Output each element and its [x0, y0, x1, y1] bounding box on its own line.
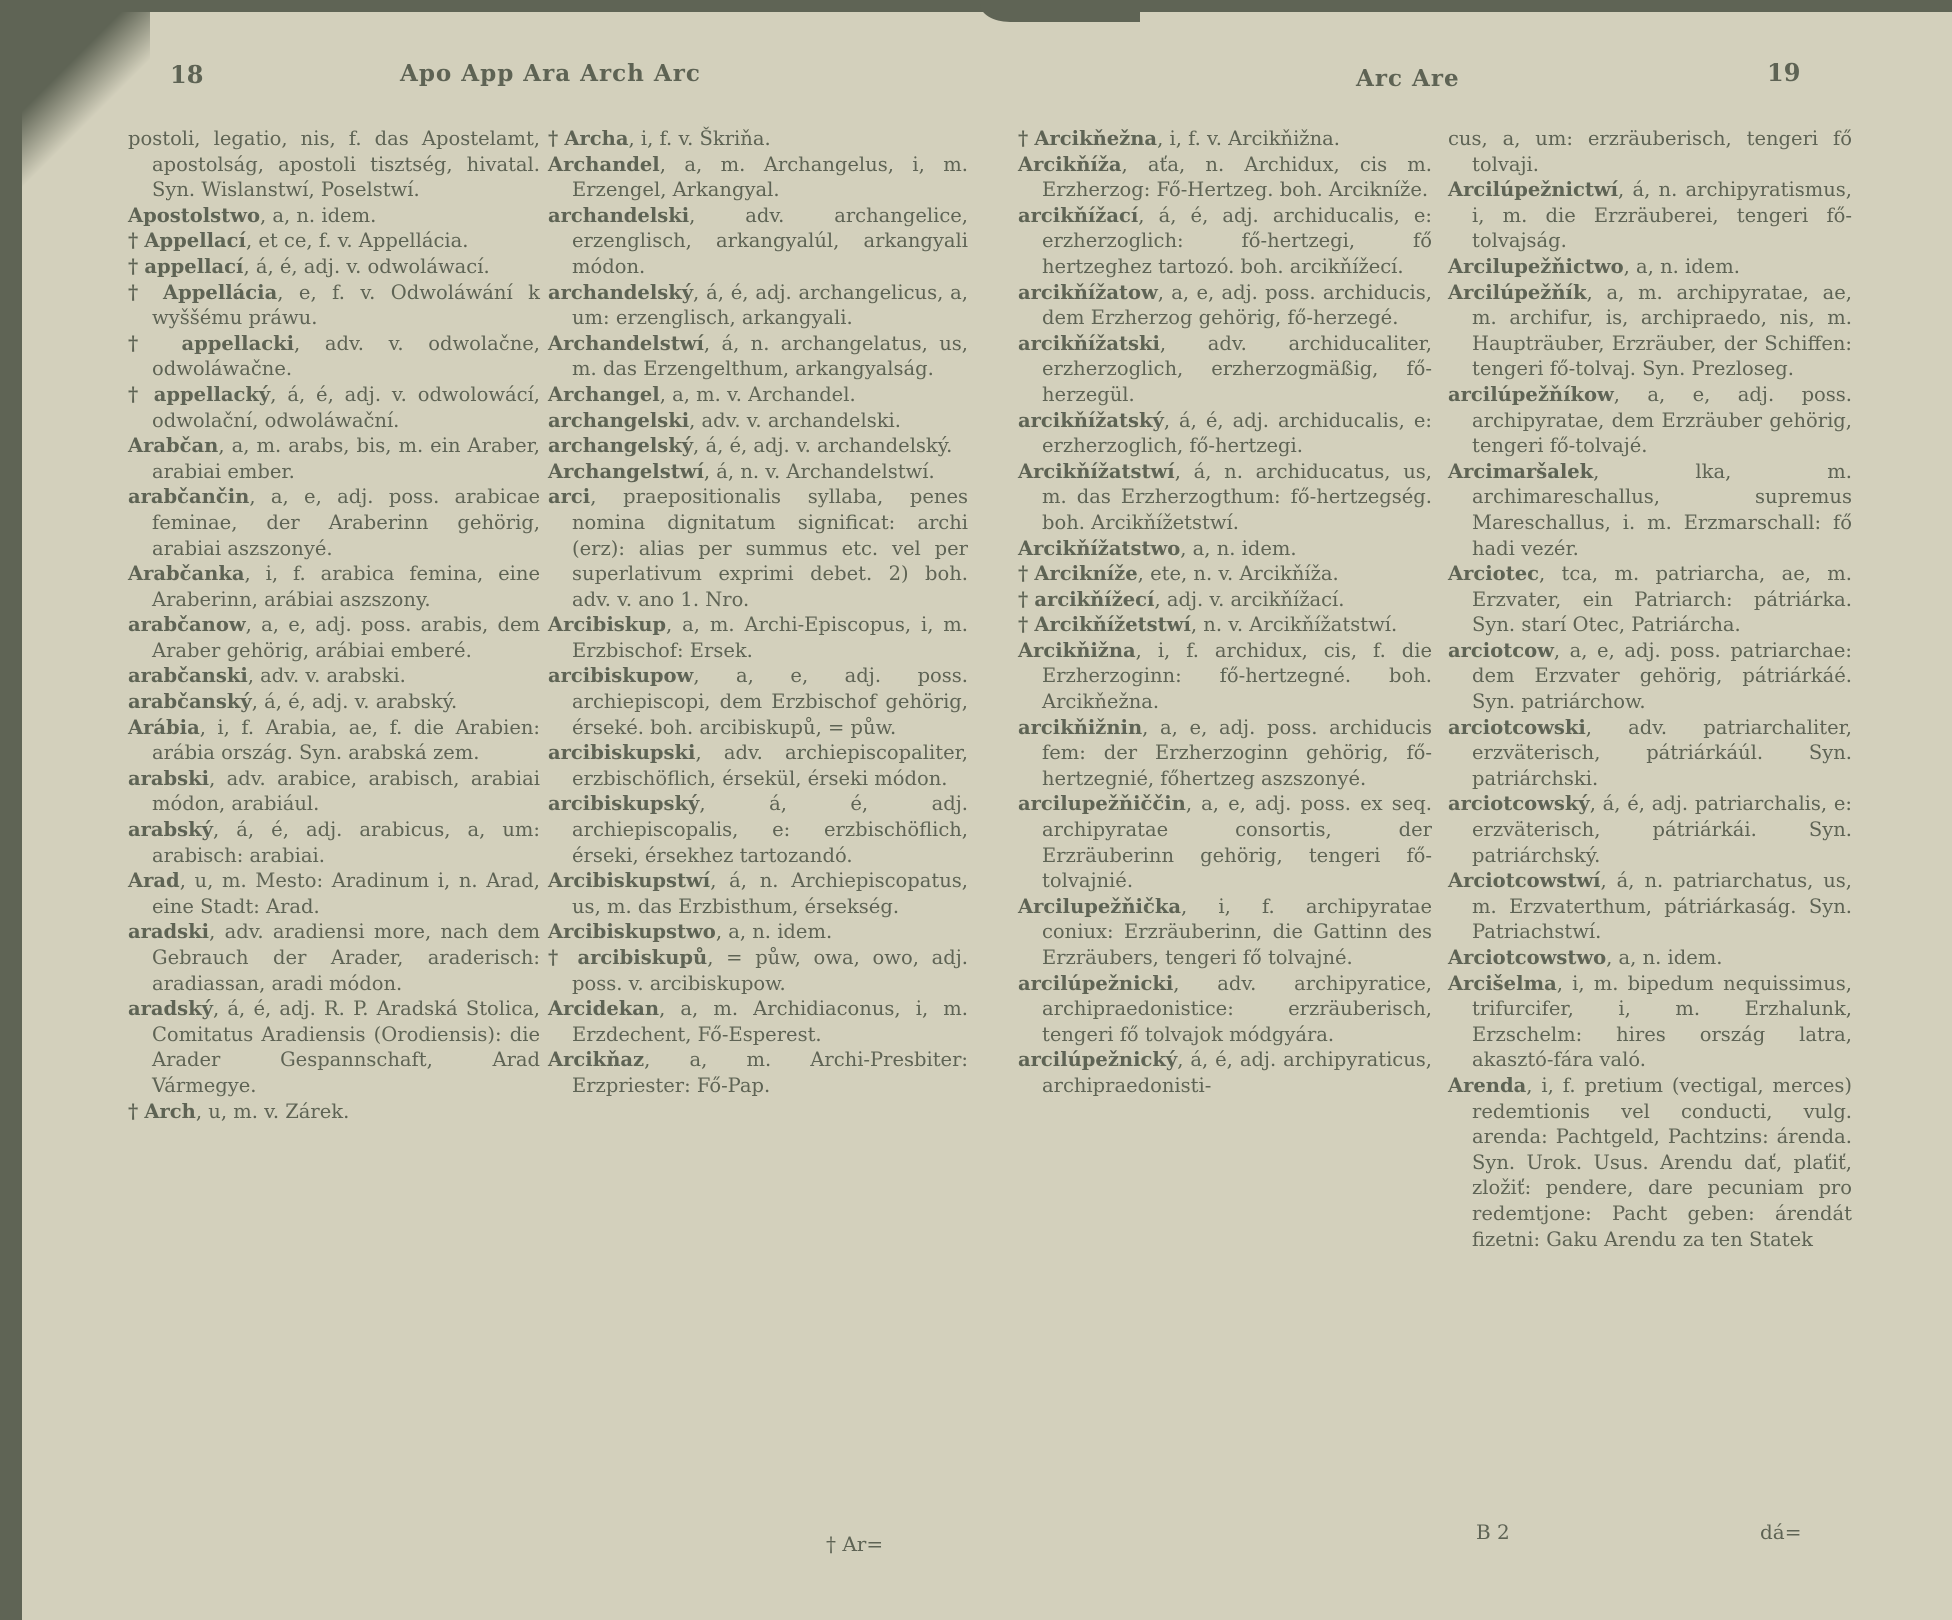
dictionary-entry: arcibiskupski, adv. archiepiscopaliter, …	[548, 740, 968, 791]
dictionary-entry: Arcibiskupstwí, á, n. Archiepiscopatus, …	[548, 868, 968, 919]
definition: , praepositionalis syllaba, penes nomina…	[572, 485, 968, 610]
definition: , adv. aradiensi more, nach dem Gebrauch…	[152, 920, 540, 994]
dictionary-entry: arcikňížatow, a, e, adj. poss. archiduci…	[1018, 280, 1432, 331]
dictionary-entry: arcikňížací, á, é, adj. archiducalis, e:…	[1018, 203, 1432, 280]
dagger-mark: †	[1018, 127, 1028, 150]
definition: , a, n. idem.	[1624, 255, 1740, 278]
dictionary-entry: arciotcow, a, e, adj. poss. patriarchae:…	[1448, 638, 1852, 715]
page-number: 19	[1767, 58, 1800, 87]
dictionary-entry: Arcidekan, a, m. Archidiaconus, i, m. Er…	[548, 996, 968, 1047]
headword: arcilúpežnický	[1018, 1048, 1177, 1071]
dagger-mark: †	[128, 1100, 138, 1123]
dictionary-entry: † appellacký, á, é, adj. v. odwolowácí, …	[128, 382, 540, 433]
dagger-mark: †	[128, 332, 157, 355]
dictionary-entry: arci, praepositionalis syllaba, penes no…	[548, 484, 968, 612]
headword: Appellací	[144, 229, 246, 252]
definition: , á, é, adj. v. odwoláwací.	[243, 255, 489, 278]
dictionary-entry: † Arcikníže, ete, n. v. Arcikňíža.	[1018, 561, 1432, 587]
catchword: † Ar=	[826, 1532, 883, 1556]
dictionary-entry: arabčanský, á, é, adj. v. arabský.	[128, 689, 540, 715]
dictionary-entry: arabčanski, adv. v. arabski.	[128, 663, 540, 689]
headword: archandelský	[548, 281, 693, 304]
headword: Arcikňížatstwí	[1018, 460, 1175, 483]
headword: Archangelstwí	[548, 460, 704, 483]
column-4: cus, a, um: erzräuberisch, tengeri fő to…	[1448, 126, 1852, 1252]
dictionary-entry: archandelský, á, é, adj. archangelicus, …	[548, 280, 968, 331]
column-1: postoli, legatio, nis, f. das Apostelamt…	[128, 126, 540, 1124]
headword: arcikňížatski	[1018, 332, 1160, 355]
dictionary-entry: archangelski, adv. v. archandelski.	[548, 408, 968, 434]
headword: Arábia	[128, 716, 200, 739]
page-number: 18	[170, 60, 203, 89]
dictionary-entry: † appellací, á, é, adj. v. odwoláwací.	[128, 254, 540, 280]
dictionary-entry: archandelski, adv. archangelice, erzengl…	[548, 203, 968, 280]
definition: , a, n. idem.	[1606, 946, 1722, 969]
headword: arabčanski	[128, 664, 248, 687]
headword: Archa	[564, 127, 628, 150]
dictionary-entry: arcilúpežnický, á, é, adj. archipyraticu…	[1018, 1047, 1432, 1098]
headword: Arcilupežňictwo	[1448, 255, 1624, 278]
dictionary-entry: † arcibiskupů, = půw, owa, owo, adj. pos…	[548, 945, 968, 996]
dictionary-entry: † arcikňížecí, adj. v. arcikňížací.	[1018, 587, 1432, 613]
dictionary-entry: arabski, adv. arabice, arabisch, arabiai…	[128, 766, 540, 817]
headword: Arcikňežna	[1034, 127, 1157, 150]
definition: , i, f. v. Arcikňižna.	[1157, 127, 1340, 150]
dictionary-entry: arcibiskupský, á, é, adj. archiepiscopal…	[548, 791, 968, 868]
headword: appellací	[144, 255, 243, 278]
headword: Arcikňižna	[1018, 639, 1136, 662]
headword: arciotcowský	[1448, 792, 1590, 815]
definition: , i, f. Arabia, ae, f. die Arabien: aráb…	[152, 716, 540, 765]
headword: Arcibiskupstwí	[548, 869, 710, 892]
definition: postoli, legatio, nis, f. das Apostelamt…	[128, 127, 540, 201]
definition: , a, m. v. Archandel.	[660, 383, 856, 406]
definition: , á, é, adj. v. arabský.	[252, 690, 458, 713]
headword: Arcibiskupstwo	[548, 920, 716, 943]
dictionary-entry: arcilúpežňíkow, a, e, adj. poss. archipy…	[1448, 382, 1852, 459]
dagger-mark: †	[128, 383, 143, 406]
dictionary-entry: Arcikňižna, i, f. archidux, cis, f. die …	[1018, 638, 1432, 715]
headword: archangelský	[548, 434, 693, 457]
dagger-mark: †	[1018, 562, 1028, 585]
headword: archandelski	[548, 204, 689, 227]
headword: Archandelstwí	[548, 332, 704, 355]
dagger-mark: †	[548, 127, 558, 150]
dictionary-entry: arcibiskupow, a, e, adj. poss. archiepis…	[548, 663, 968, 740]
headword: aradský	[128, 997, 213, 1020]
headword: Arcilúpežňík	[1448, 281, 1586, 304]
headword: Arcilúpežnictwí	[1448, 178, 1618, 201]
dictionary-entry: arcilupežňiččin, a, e, adj. poss. ex seq…	[1018, 791, 1432, 893]
headword: Arcišelma	[1448, 972, 1557, 995]
dictionary-entry: Arabčanka, i, f. arabica femina, eine Ar…	[128, 561, 540, 612]
dictionary-entry: arcikňižnin, a, e, adj. poss. archiducis…	[1018, 715, 1432, 792]
definition: , u, m. Mesto: Aradinum i, n. Arad, eine…	[152, 869, 540, 918]
headword: arcibiskupů	[577, 946, 707, 969]
headword: arcilupežňiččin	[1018, 792, 1186, 815]
definition: cus, a, um: erzräuberisch, tengeri fő to…	[1448, 127, 1852, 176]
headword: Arciotcowstwí	[1448, 869, 1601, 892]
dictionary-entry: archangelský, á, é, adj. v. archandelský…	[548, 433, 968, 459]
dictionary-entry: † Arch, u, m. v. Zárek.	[128, 1099, 540, 1125]
headword: arabčanský	[128, 690, 252, 713]
headword: Arcikníže	[1034, 562, 1137, 585]
dictionary-entry: Arciotcowstwí, á, n. patriarchatus, us, …	[1448, 868, 1852, 945]
definition: , á, n. v. Archandelstwí.	[704, 460, 935, 483]
dictionary-entry: † Arcikňížetstwí, n. v. Arcikňížatstwí.	[1018, 612, 1432, 638]
definition: , et ce, f. v. Appellácia.	[246, 229, 469, 252]
dictionary-entry: † Arcikňežna, i, f. v. Arcikňižna.	[1018, 126, 1432, 152]
dictionary-entry: arciotcowský, á, é, adj. patriarchalis, …	[1448, 791, 1852, 868]
headword: appellacki	[181, 332, 294, 355]
dictionary-entry: Arciotcowstwo, a, n. idem.	[1448, 945, 1852, 971]
dictionary-entry: Arabčan, a, m. arabs, bis, m. ein Araber…	[128, 433, 540, 484]
definition: , ete, n. v. Arcikňíža.	[1138, 562, 1339, 585]
column-3: † Arcikňežna, i, f. v. Arcikňižna.Arcikň…	[1018, 126, 1432, 1099]
headword: Arabčan	[128, 434, 218, 457]
headword: Arcikňaz	[548, 1048, 644, 1071]
headword: Arciotec	[1448, 562, 1539, 585]
dictionary-entry: arcikňížatský, á, é, adj. archiducalis, …	[1018, 408, 1432, 459]
headword: arcikňížací	[1018, 204, 1138, 227]
dagger-mark: †	[548, 946, 565, 969]
dagger-mark: †	[1018, 613, 1028, 636]
dictionary-entry: Arcilúpežnictwí, á, n. archipyratismus, …	[1448, 177, 1852, 254]
headword: Arcidekan	[548, 997, 659, 1020]
definition: , u, m. v. Zárek.	[196, 1100, 349, 1123]
definition: , n. v. Arcikňížatstwí.	[1191, 613, 1397, 636]
dictionary-entry: Arcimaršalek, lka, m. archimareschallus,…	[1448, 459, 1852, 561]
headword: appellacký	[154, 383, 270, 406]
dictionary-entry: arcilúpežnicki, adv. archipyratice, arch…	[1018, 971, 1432, 1048]
headword: arcikňížatow	[1018, 281, 1158, 304]
column-2: † Archa, i, f. v. Škriňa.Archandel, a, m…	[548, 126, 968, 1099]
definition: , a, n. idem.	[1180, 537, 1296, 560]
dictionary-entry: Arcibiskup, a, m. Archi-Episcopus, i, m.…	[548, 612, 968, 663]
definition: , a, n. idem.	[716, 920, 832, 943]
dictionary-entry: Archandel, a, m. Archangelus, i, m. Erze…	[548, 152, 968, 203]
headword: Appellácia	[163, 281, 277, 304]
headword: arabský	[128, 818, 213, 841]
dictionary-entry: † Archa, i, f. v. Škriňa.	[548, 126, 968, 152]
headword: archangelski	[548, 409, 689, 432]
dagger-mark: †	[128, 229, 138, 252]
headword: arci	[548, 485, 590, 508]
dictionary-entry: Arábia, i, f. Arabia, ae, f. die Arabien…	[128, 715, 540, 766]
dictionary-entry: † Appellací, et ce, f. v. Appellácia.	[128, 228, 540, 254]
dictionary-entry: Arcikňížatstwí, á, n. archiducatus, us, …	[1018, 459, 1432, 536]
dictionary-entry: Arad, u, m. Mesto: Aradinum i, n. Arad, …	[128, 868, 540, 919]
definition: , adv. v. archandelski.	[689, 409, 901, 432]
running-head: Arc Are	[1356, 65, 1460, 92]
definition: , i, f. pretium (vectigal, merces) redem…	[1472, 1074, 1852, 1251]
headword: aradski	[128, 920, 209, 943]
dictionary-entry: Arcilúpežňík, a, m. archipyratae, ae, m.…	[1448, 280, 1852, 382]
dictionary-entry: Apostolstwo, a, n. idem.	[128, 203, 540, 229]
headword: Arad	[128, 869, 180, 892]
headword: Arenda	[1448, 1074, 1526, 1097]
dictionary-entry: † appellacki, adv. v. odwolačne, odwoláw…	[128, 331, 540, 382]
headword: arcikňížecí	[1034, 588, 1154, 611]
running-head: Apo App Ara Arch Arc	[400, 60, 701, 87]
dictionary-entry: Archangel, a, m. v. Archandel.	[548, 382, 968, 408]
dictionary-entry: arabčanow, a, e, adj. poss. arabis, dem …	[128, 612, 540, 663]
headword: arabski	[128, 767, 209, 790]
dictionary-entry: Arcišelma, i, m. bipedum nequissimus, tr…	[1448, 971, 1852, 1073]
headword: arabčanow	[128, 613, 246, 636]
headword: Arcikňížatstwo	[1018, 537, 1180, 560]
headword: Arch	[144, 1100, 195, 1123]
dictionary-entry: arcikňížatski, adv. archiducaliter, erzh…	[1018, 331, 1432, 408]
dictionary-entry: Arcikňíža, aťa, n. Archidux, cis m. Erzh…	[1018, 152, 1432, 203]
definition: , adv. v. arabski.	[248, 664, 406, 687]
dictionary-entry: Arcilupežňictwo, a, n. idem.	[1448, 254, 1852, 280]
headword: Arcikňížetstwí	[1034, 613, 1190, 636]
dagger-mark: †	[128, 281, 148, 304]
headword: arcilúpežnicki	[1018, 972, 1173, 995]
headword: arcilúpežňíkow	[1448, 383, 1614, 406]
headword: arciotcow	[1448, 639, 1554, 662]
catchword: dá=	[1760, 1520, 1801, 1544]
headword: Archandel	[548, 153, 660, 176]
headword: Arcibiskup	[548, 613, 666, 636]
dictionary-entry: arciotcowski, adv. patriarchaliter, erzv…	[1448, 715, 1852, 792]
headword: Arcimaršalek	[1448, 460, 1593, 483]
dictionary-entry: Arcibiskupstwo, a, n. idem.	[548, 919, 968, 945]
definition: , a, n. idem.	[260, 204, 376, 227]
headword: Arcilupežňička	[1018, 895, 1181, 918]
headword: Arabčanka	[128, 562, 245, 585]
dictionary-entry: arabčančin, a, e, adj. poss. arabicae fe…	[128, 484, 540, 561]
dictionary-entry: cus, a, um: erzräuberisch, tengeri fő to…	[1448, 126, 1852, 177]
headword: arcibiskupský	[548, 792, 699, 815]
definition: , i, f. v. Škriňa.	[629, 127, 771, 150]
headword: Arciotcowstwo	[1448, 946, 1606, 969]
definition: , adv. arabice, arabisch, arabiai módon,…	[152, 767, 540, 816]
left-page: 18 Apo App Ara Arch Arc postoli, legatio…	[0, 0, 990, 1620]
headword: arcibiskupow	[548, 664, 693, 687]
headword: arcibiskupski	[548, 741, 695, 764]
headword: Apostolstwo	[128, 204, 260, 227]
headword: arcikňižnin	[1018, 716, 1142, 739]
dictionary-entry: arabský, á, é, adj. arabicus, a, um: ara…	[128, 817, 540, 868]
dictionary-entry: Archangelstwí, á, n. v. Archandelstwí.	[548, 459, 968, 485]
headword: arciotcowski	[1448, 716, 1586, 739]
dictionary-entry: Arcilupežňička, i, f. archipyratae coniu…	[1018, 894, 1432, 971]
definition: , á, é, adj. v. archandelský.	[693, 434, 952, 457]
dagger-mark: †	[1018, 588, 1028, 611]
dagger-mark: †	[128, 255, 138, 278]
dictionary-entry: Arciotec, tca, m. patriarcha, ae, m. Erz…	[1448, 561, 1852, 638]
right-page: Arc Are 19 † Arcikňežna, i, f. v. Arcikň…	[990, 0, 1952, 1620]
definition: , adj. v. arcikňížací.	[1154, 588, 1344, 611]
signature-mark: B 2	[1476, 1520, 1510, 1544]
dictionary-entry: † Appellácia, e, f. v. Odwoláwání k wyšš…	[128, 280, 540, 331]
dictionary-entry: Arcikňaz, a, m. Archi-Presbiter: Erzprie…	[548, 1047, 968, 1098]
headword: arabčančin	[128, 485, 249, 508]
headword: Archangel	[548, 383, 660, 406]
dictionary-entry: Arcikňížatstwo, a, n. idem.	[1018, 536, 1432, 562]
dictionary-entry: Archandelstwí, á, n. archangelatus, us, …	[548, 331, 968, 382]
headword: arcikňížatský	[1018, 409, 1164, 432]
headword: Arcikňíža	[1018, 153, 1122, 176]
dictionary-entry: aradský, á, é, adj. R. P. Aradská Stolic…	[128, 996, 540, 1098]
dictionary-entry: Arenda, i, f. pretium (vectigal, merces)…	[1448, 1073, 1852, 1252]
dictionary-entry: postoli, legatio, nis, f. das Apostelamt…	[128, 126, 540, 203]
dictionary-entry: aradski, adv. aradiensi more, nach dem G…	[128, 919, 540, 996]
